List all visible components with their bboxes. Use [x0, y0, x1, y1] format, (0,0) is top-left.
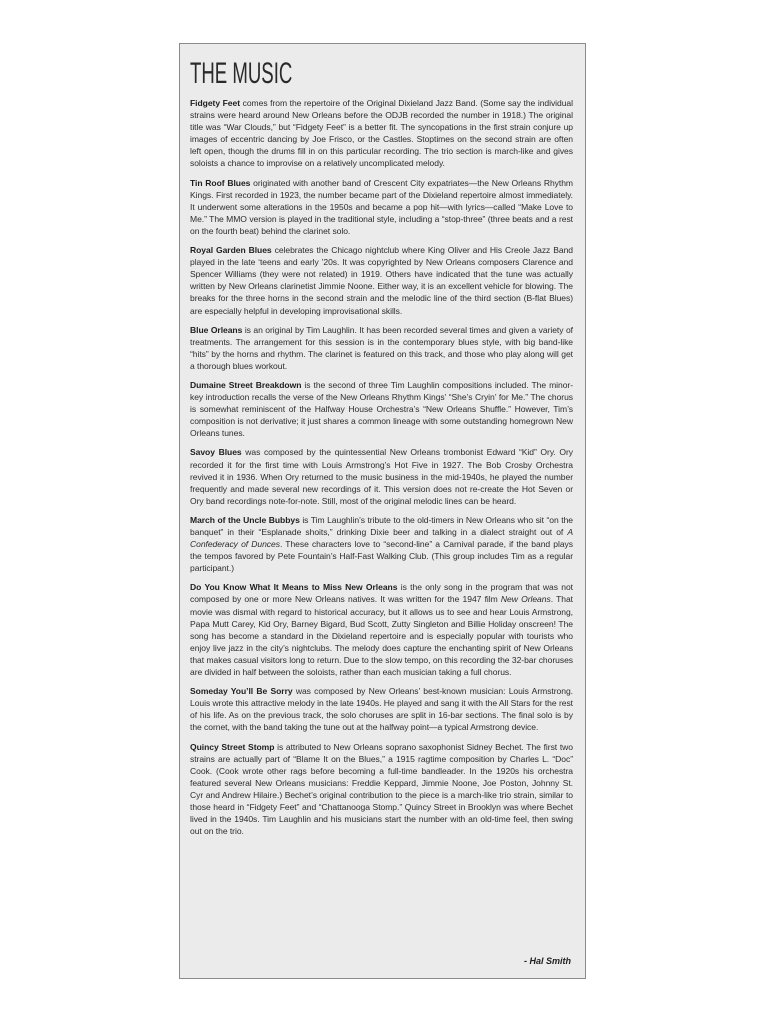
song-description: was composed by the quintessential New O… [190, 447, 573, 505]
song-title: Someday You’ll Be Sorry [190, 686, 293, 696]
entry-dumaine-street-breakdown: Dumaine Street Breakdown is the second o… [190, 379, 573, 439]
entry-someday-youll-be-sorry: Someday You’ll Be Sorry was composed by … [190, 685, 573, 733]
entry-savoy-blues: Savoy Blues was composed by the quintess… [190, 446, 573, 506]
song-title: Quincy Street Stomp [190, 742, 274, 752]
entry-do-you-know-what-it-means: Do You Know What It Means to Miss New Or… [190, 581, 573, 678]
song-title: Blue Orleans [190, 325, 242, 335]
song-description: is an original by Tim Laughlin. It has b… [190, 325, 573, 371]
song-title: Fidgety Feet [190, 98, 240, 108]
page-title: THE MUSIC [190, 57, 427, 91]
film-title: New Orleans [501, 594, 551, 604]
song-description: is attributed to New Orleans soprano sax… [190, 742, 573, 837]
music-notes-panel: THE MUSIC Fidgety Feet comes from the re… [179, 43, 586, 979]
entry-blue-orleans: Blue Orleans is an original by Tim Laugh… [190, 324, 573, 372]
entry-quincy-street-stomp: Quincy Street Stomp is attributed to New… [190, 741, 573, 838]
song-title: Tin Roof Blues [190, 178, 250, 188]
entry-march-of-the-uncle-bubbys: March of the Uncle Bubbys is Tim Laughli… [190, 514, 573, 574]
song-title: March of the Uncle Bubbys [190, 515, 300, 525]
song-description: celebrates the Chicago nightclub where K… [190, 245, 573, 315]
song-title: Royal Garden Blues [190, 245, 272, 255]
song-description-cont: . That movie was dismal with regard to h… [190, 594, 573, 677]
author-signature: - Hal Smith [524, 956, 571, 966]
song-title: Do You Know What It Means to Miss New Or… [190, 582, 397, 592]
entry-fidgety-feet: Fidgety Feet comes from the repertoire o… [190, 97, 573, 170]
entry-tin-roof-blues: Tin Roof Blues originated with another b… [190, 177, 573, 237]
entry-royal-garden-blues: Royal Garden Blues celebrates the Chicag… [190, 244, 573, 317]
song-title: Savoy Blues [190, 447, 242, 457]
song-description: comes from the repertoire of the Origina… [190, 98, 573, 168]
song-title: Dumaine Street Breakdown [190, 380, 301, 390]
